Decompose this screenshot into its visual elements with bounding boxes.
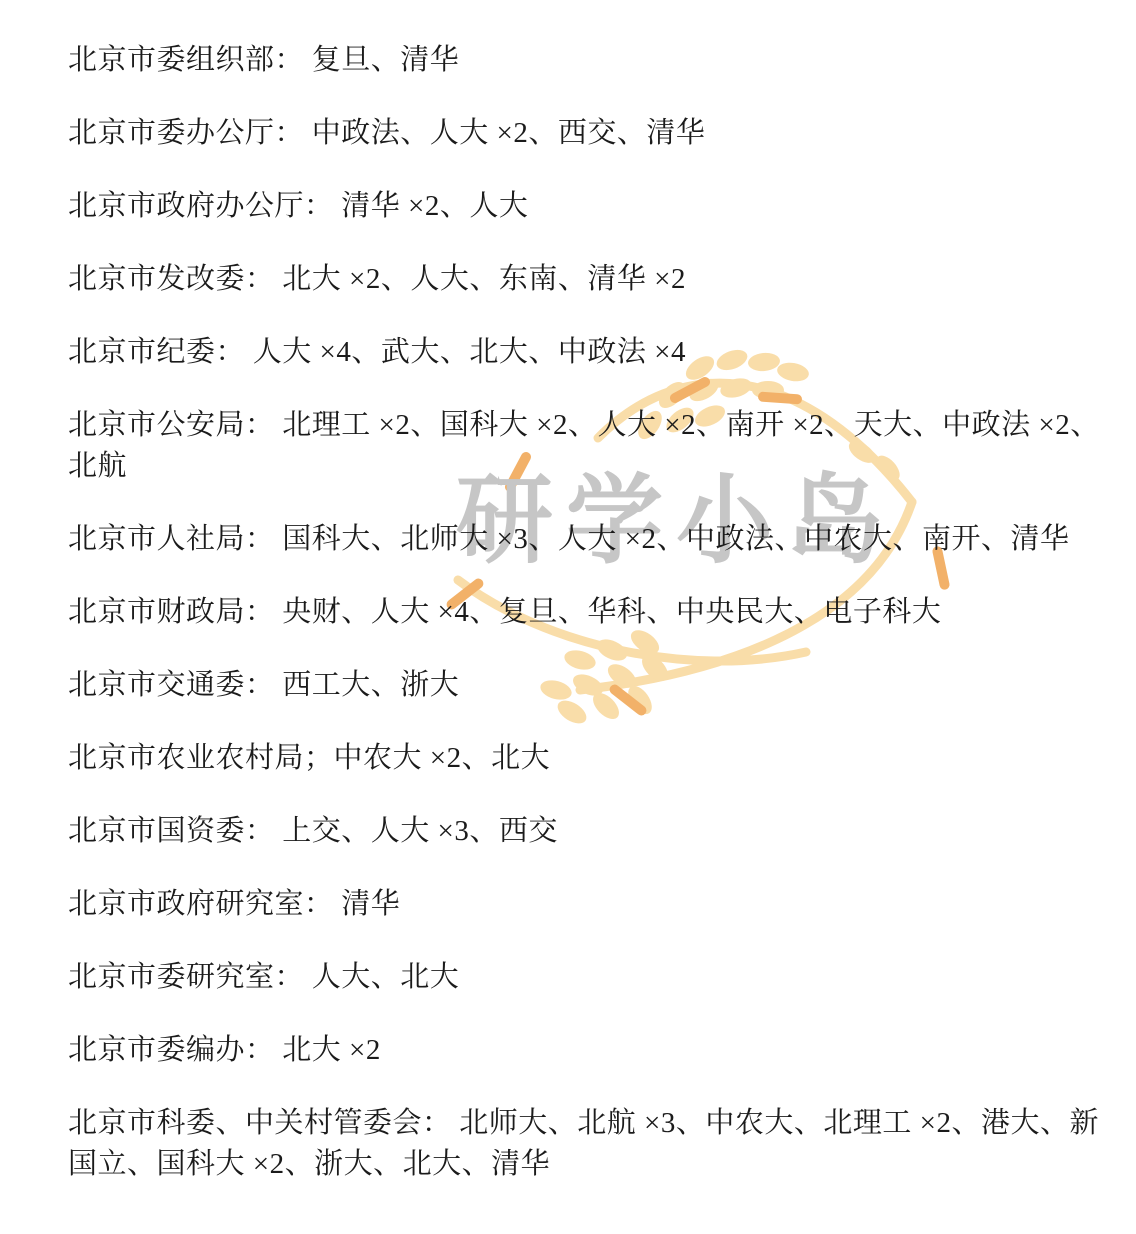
entry-line: 北京市委研究室： 人大、北大 [68, 957, 1124, 998]
entry-line: 北京市国资委： 上交、人大 ×3、西交 [68, 811, 1124, 852]
entry-line: 北京市政府办公厅： 清华 ×2、人大 [68, 186, 1124, 227]
entry-line: 北京市财政局： 央财、人大 ×4、复旦、华科、中央民大、电子科大 [68, 592, 1124, 633]
entry-line: 北京市公安局： 北理工 ×2、国科大 ×2、人大 ×2、南开 ×2、天大、中政法… [68, 405, 1124, 487]
entry-line: 北京市农业农村局；中农大 ×2、北大 [68, 738, 1124, 779]
entry-line: 北京市人社局： 国科大、北师大 ×3、人大 ×2、中政法、中农大、南开、清华 [68, 519, 1124, 560]
entry-line: 北京市纪委： 人大 ×4、武大、北大、中政法 ×4 [68, 332, 1124, 373]
document-page: 研学小岛 北京市委组织部： 复旦、清华 北京市委办公厅： 中政法、人大 ×2、西… [0, 0, 1136, 1234]
entry-line: 北京市政府研究室： 清华 [68, 884, 1124, 925]
entry-line: 北京市发改委： 北大 ×2、人大、东南、清华 ×2 [68, 259, 1124, 300]
entry-line: 北京市交通委： 西工大、浙大 [68, 665, 1124, 706]
entry-line: 北京市委编办： 北大 ×2 [68, 1030, 1124, 1071]
entry-line: 北京市委办公厅： 中政法、人大 ×2、西交、清华 [68, 113, 1124, 154]
entry-list: 北京市委组织部： 复旦、清华 北京市委办公厅： 中政法、人大 ×2、西交、清华 … [0, 0, 1136, 1185]
entry-line: 北京市科委、中关村管委会： 北师大、北航 ×3、中农大、北理工 ×2、港大、新国… [68, 1103, 1124, 1185]
entry-line: 北京市委组织部： 复旦、清华 [68, 40, 1124, 81]
